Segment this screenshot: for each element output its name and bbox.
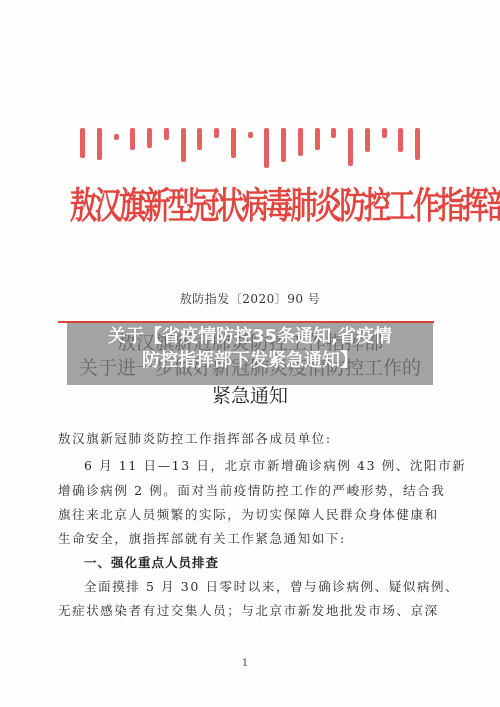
mongolian-glyph (231, 128, 236, 158)
mongolian-script-header: Mongolian-script agency name (80, 128, 420, 170)
mongolian-glyph (97, 128, 102, 160)
mongolian-glyph (348, 128, 353, 166)
body-line: 6 月 11 日—13 日，北京市新增确诊病例 43 例、沈阳市新 (84, 456, 464, 474)
caption-line-2: 防控指挥部下发紧急通知】 (67, 349, 433, 373)
body-line: 旗往来北京人员频繁的实际，为切实保障人民群众身体健康和 (58, 505, 438, 523)
mongolian-glyph (398, 128, 403, 152)
mongolian-glyph (197, 128, 202, 150)
mongolian-glyph (147, 128, 152, 148)
mongolian-glyph (264, 128, 269, 168)
mongolian-glyph (214, 128, 219, 138)
addressee-line: 敖汉旗新冠肺炎防控工作指挥部各成员单位: (58, 429, 438, 447)
mongolian-glyph (281, 128, 286, 162)
caption-line-1: 关于【省疫情防控35条通知,省疫情 (67, 325, 433, 349)
mongolian-glyph (298, 128, 303, 156)
body-line: 增确诊病例 2 例。面对当前疫情防控工作的严峻形势，结合我 (58, 481, 438, 499)
caption-overlay-text: 关于【省疫情防控35条通知,省疫情 防控指挥部下发紧急通知】 (67, 325, 433, 373)
agency-title: 敖汉旗新型冠状病毒肺炎防控工作指挥部文件 (70, 176, 430, 229)
notice-title-line-3: 紧急通知 (0, 381, 500, 408)
document-number: 敖防指发〔2020〕90 号 (0, 290, 500, 307)
body-line: 生命安全，旗指挥部就有关工作紧急通知如下: (58, 529, 438, 547)
mongolian-glyph (315, 128, 320, 150)
mongolian-glyph (382, 128, 387, 138)
section-line: 无症状感染者有过交集人员；与北京市新发地批发市场、京深 (58, 601, 438, 619)
mongolian-glyph (164, 128, 169, 140)
section-heading: 一、强化重点人员排查 (84, 553, 464, 571)
mongolian-glyph (80, 128, 85, 158)
mongolian-glyph (415, 128, 420, 160)
mongolian-glyph (130, 128, 135, 150)
mongolian-glyph (248, 132, 253, 138)
mongolian-glyph (114, 134, 119, 140)
section-line: 全面摸排 5 月 30 日零时以来，曾与确诊病例、疑似病例、 (84, 577, 464, 595)
mongolian-glyph (181, 128, 186, 162)
mongolian-glyph (331, 128, 336, 138)
document-page: Mongolian-script agency name 敖汉旗新型冠状病毒肺炎… (0, 0, 500, 707)
mongolian-glyph (365, 128, 370, 152)
page-number: 1 (240, 658, 250, 669)
